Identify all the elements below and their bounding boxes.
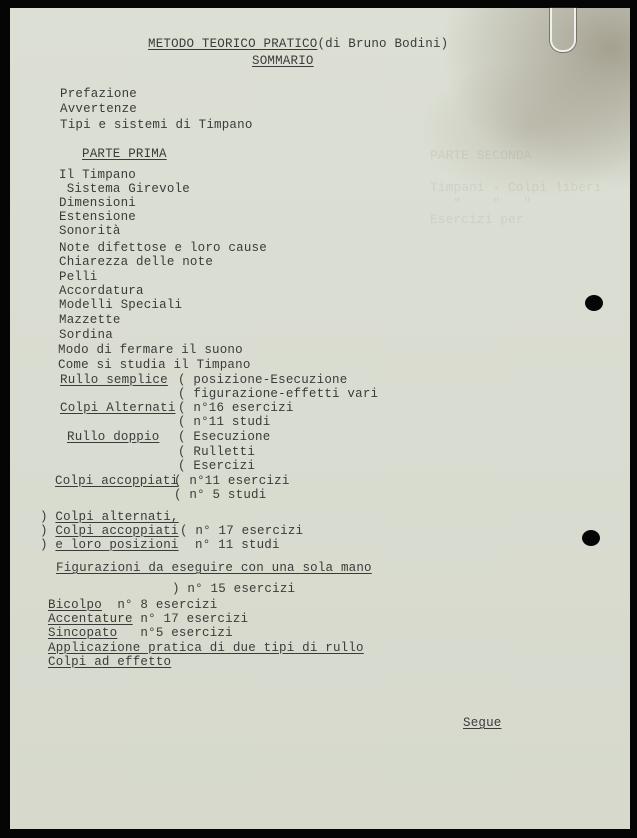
group-label: Colpi accoppiati xyxy=(55,474,178,488)
group-sub: ( Esecuzione xyxy=(178,430,270,444)
group-sub: ( Esercizi xyxy=(178,459,255,473)
document-page: PARTE SECONDA Timpani - Colpi liberi " "… xyxy=(10,8,630,829)
document-subtitle: SOMMARIO xyxy=(252,54,314,68)
title-author: (di Bruno Bodini) xyxy=(317,37,448,51)
group-line: Applicazione pratica di due tipi di rull… xyxy=(48,641,364,655)
title-main: METODO TEORICO PRATICO xyxy=(148,37,317,51)
group-sub: ( n°16 esercizi xyxy=(178,401,294,415)
toc-item: Accordatura xyxy=(59,284,144,298)
toc-item: Come si studia il Timpano xyxy=(58,358,251,372)
toc-item: Note difettose e loro cause xyxy=(59,241,267,255)
group-line: Colpi ad effetto xyxy=(48,655,171,669)
paper-clip-icon xyxy=(550,8,576,52)
group-sub: ( n° 5 studi xyxy=(174,488,266,502)
group-label: Figurazioni da eseguire con una sola man… xyxy=(56,561,372,575)
toc-item: Modelli Speciali xyxy=(59,298,182,312)
group-label: Colpi Alternati xyxy=(60,401,176,415)
toc-item: Avvertenze xyxy=(60,102,137,116)
toc-item: Chiarezza delle note xyxy=(59,255,213,269)
group-label: Rullo doppio xyxy=(67,430,159,444)
group-sub: ) n° 15 esercizi xyxy=(172,582,295,596)
group-line: Accentature n° 17 esercizi xyxy=(48,612,248,626)
group-sub: ( n°11 esercizi xyxy=(174,474,290,488)
group-line: Bicolpo n° 8 esercizi xyxy=(48,598,217,612)
bleed-through-text: PARTE SECONDA Timpani - Colpi liberi " "… xyxy=(430,148,602,228)
group-sub: n° 11 studi xyxy=(195,538,280,552)
toc-item: Il Timpano xyxy=(59,168,136,182)
group-label: ) Colpi accoppiati xyxy=(40,524,179,538)
toc-item: Sistema Girevole xyxy=(59,182,190,196)
group-sub: ( n° 17 esercizi xyxy=(180,524,303,538)
group-label: ) Colpi alternati, xyxy=(40,510,179,524)
group-sub: ( n°11 studi xyxy=(178,415,270,429)
toc-item: Mazzette xyxy=(59,313,121,327)
group-label: Rullo semplice xyxy=(60,373,168,387)
toc-item: Sonorità xyxy=(59,224,121,238)
toc-item: Modo di fermare il suono xyxy=(58,343,243,357)
punch-hole xyxy=(582,530,600,546)
toc-item: Sordina xyxy=(59,328,113,342)
toc-item: Dimensioni xyxy=(59,196,136,210)
document-title: METODO TEORICO PRATICO(di Bruno Bodini) xyxy=(148,37,448,51)
toc-item: Pelli xyxy=(59,270,98,284)
section-heading: PARTE PRIMA xyxy=(82,147,167,161)
toc-item: Estensione xyxy=(59,210,136,224)
toc-item: Tipi e sistemi di Timpano xyxy=(60,118,253,132)
group-sub: ( figurazione-effetti vari xyxy=(178,387,378,401)
group-label: ) e loro posizioni xyxy=(40,538,179,552)
toc-item: Prefazione xyxy=(60,87,137,101)
group-sub: ( Rulletti xyxy=(178,445,255,459)
group-line: Sincopato n°5 esercizi xyxy=(48,626,233,640)
punch-hole xyxy=(585,295,603,311)
continue-note: Segue xyxy=(455,716,510,730)
group-sub: ( posizione-Esecuzione xyxy=(178,373,347,387)
